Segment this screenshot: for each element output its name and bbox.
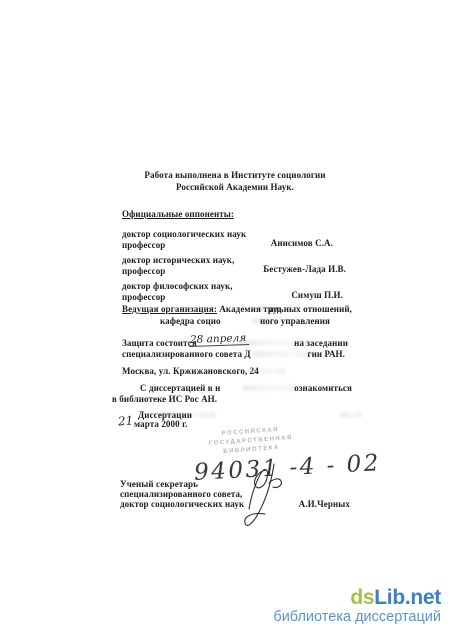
secretary-line1: Ученый секретарь [120, 479, 198, 489]
opponent-name: Бестужев-Лада И.В. [263, 264, 346, 274]
dslib-watermark[interactable]: dsLib.net библиотека диссертаций [273, 586, 441, 626]
defense-line1-left: Защита состоится [122, 338, 197, 348]
scanned-dissertation-page: Работа выполнена в Институте социологии … [0, 0, 450, 636]
opponent-degree: доктор философских наук, [122, 281, 233, 291]
defense-line2-left: специализированного совета Д [122, 349, 251, 359]
opponent-degree: доктор социологических наук [122, 229, 246, 239]
dslib-logo-libnet: Lib.net [374, 586, 441, 609]
familiarize-line1-right: ознакомиться [294, 383, 352, 393]
scan-artifact [248, 368, 286, 374]
opponent-degree: доктор исторических наук, [122, 255, 234, 265]
affiliation-line1: Работа выполнена в Институте социологии [95, 170, 375, 180]
scan-artifact [252, 318, 304, 324]
dslib-logo[interactable]: dsLib.net [273, 586, 441, 609]
familiarize-line2: в библиотеке ИС Рос АН. [112, 394, 217, 404]
signature-icon [238, 462, 296, 534]
opponent-name: Анисимов С.А. [271, 238, 333, 248]
opponent-name: Симуш П.И. [291, 290, 343, 300]
affiliation-line2: Российской Академии Наук. [95, 182, 375, 192]
leading-org-label: Ведущая организация: [122, 304, 217, 314]
scan-artifact [256, 306, 300, 312]
opponents-heading: Официальные оппоненты: [122, 209, 234, 219]
scan-artifact [158, 412, 216, 418]
leading-org-line2-left: кафедра социо [160, 316, 221, 326]
mailed-date: марта 2000 г. [134, 419, 188, 429]
familiarize-line1-left: С диссертацией в н [140, 383, 220, 393]
scan-artifact [242, 385, 300, 391]
secretary-name: А.И.Черных [299, 499, 350, 509]
scan-artifact [340, 412, 362, 418]
mailed-day-handwritten: 21 [118, 413, 134, 428]
secretary-line2: специализированного совета, [120, 489, 242, 499]
dslib-subtitle: библиотека диссертаций [273, 610, 441, 626]
opponent-title: профессор [122, 266, 165, 276]
address-line: Москва, ул. Кржижановского, 24 [122, 366, 259, 376]
secretary-line3: доктор социологических наук [120, 499, 244, 509]
scan-artifact [238, 340, 310, 346]
dslib-logo-ds: ds [350, 586, 374, 609]
opponent-title: профессор [122, 292, 165, 302]
scan-artifact [252, 351, 318, 357]
opponent-title: профессор [122, 240, 165, 250]
